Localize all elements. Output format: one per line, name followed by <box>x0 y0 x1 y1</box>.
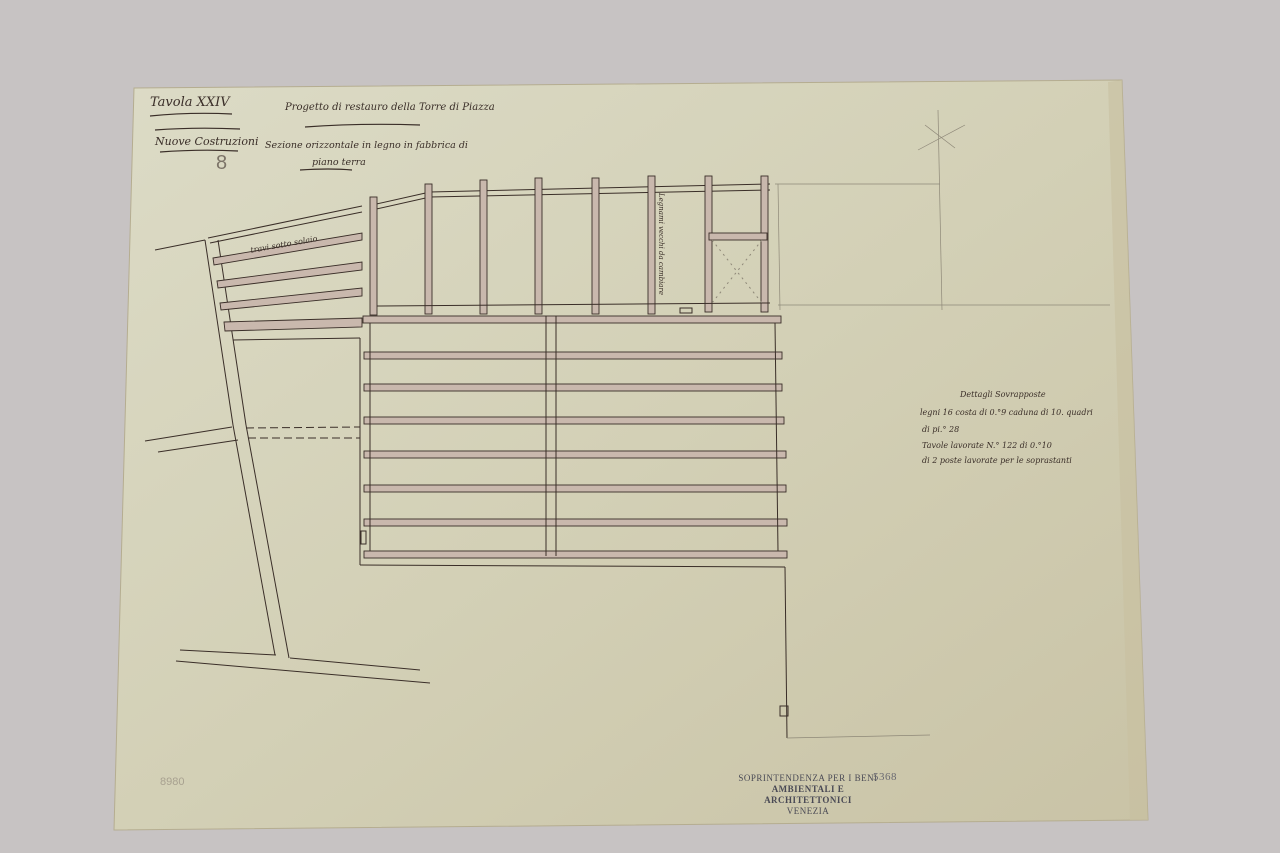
pencil-corner-number: 8980 <box>160 776 184 788</box>
drawing-subtitle: Sezione orizzontale in legno in fabbrica… <box>265 140 468 151</box>
drawing-title: Progetto di restauro della Torre di Piaz… <box>285 102 495 113</box>
sheet-number: 8 <box>216 152 227 175</box>
collection-label: Nuove Costruzioni <box>155 135 259 148</box>
stamp-line-3: VENEZIA <box>728 806 888 817</box>
notes-line-1: Dettagli Sovrapposte <box>960 390 1046 399</box>
archive-stamp: SOPRINTENDENZA PER I BENI AMBIENTALI E A… <box>728 773 888 817</box>
floor-plan-drawing <box>0 0 1280 853</box>
plate-label: Tavola XXIV <box>150 95 230 110</box>
drawing-subtitle-2: piano terra <box>312 157 366 168</box>
notes-line-5: di 2 poste lavorate per le soprastanti <box>922 456 1072 465</box>
notes-line-3: di pi.° 28 <box>922 425 959 434</box>
notes-line-4: Tavole lavorate N.° 122 di 0.°10 <box>922 441 1052 450</box>
inventory-number: 5368 <box>873 772 897 783</box>
stamp-line-1: SOPRINTENDENZA PER I BENI <box>728 773 888 784</box>
notes-line-2: legni 16 costa di 0.°9 caduna di 10. qua… <box>920 408 1093 417</box>
vertical-note: Legnami vecchi da cambiare <box>657 193 665 295</box>
drawing-sheet: Tavola XXIV Nuove Costruzioni 8 Progetto… <box>0 0 1280 853</box>
stamp-line-2: AMBIENTALI E ARCHITETTONICI <box>728 784 888 806</box>
